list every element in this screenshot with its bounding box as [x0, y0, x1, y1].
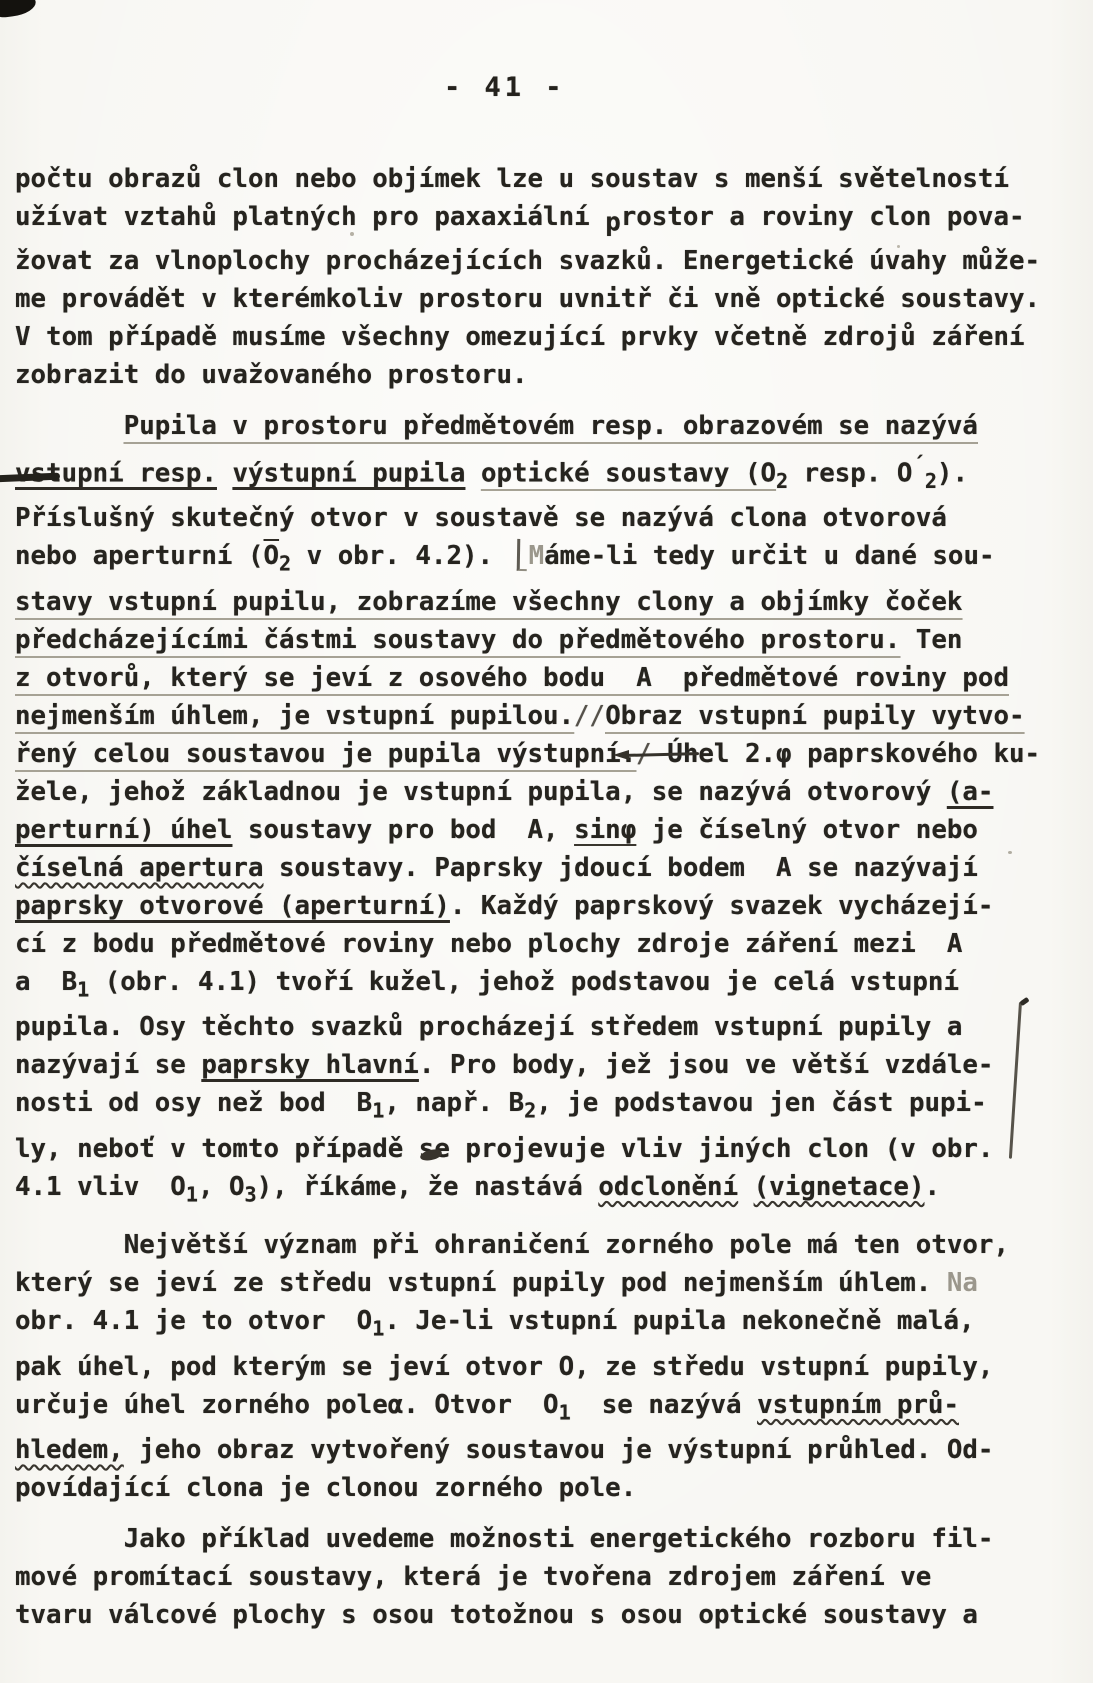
- text-line: povídající clona je clonou zorného pole.: [15, 1469, 1081, 1507]
- text-segment: áme-li tedy určit u dané sou-: [544, 541, 994, 571]
- text-segment: který se jeví ze středu vstupní pupily p…: [15, 1268, 947, 1298]
- text-segment: pak úhel, pod kterým se jeví otvor O, ze…: [15, 1352, 993, 1382]
- text-segment: tvaru válcové plochy s osou totožnou s o…: [15, 1600, 978, 1630]
- text-line: Největší význam při ohraničení zorného p…: [15, 1226, 1081, 1264]
- text-segment: . Je-li vstupní pupila nekonečně malá,: [384, 1306, 974, 1336]
- scanned-page: - 41 - počtu obrazů clon nebo objímek lz…: [0, 0, 1093, 1683]
- text-segment: Pupila v prostoru předmětovém resp. obra…: [124, 411, 978, 441]
- text-segment: , např. B: [384, 1088, 524, 1118]
- text-segment: soustavy pro bod A,: [232, 815, 574, 845]
- text-segment: počtu obrazů clon nebo objímek lze u sou…: [15, 164, 1009, 194]
- text-segment: výstupní pupila: [232, 458, 465, 488]
- text-segment: Příslušný skutečný otvor v soustavě se n…: [15, 503, 947, 533]
- text-segment: (a-: [947, 777, 994, 807]
- text-segment: 3: [245, 1182, 257, 1206]
- text-line: perturní) úhel soustavy pro bod A, sinφ …: [15, 811, 1081, 849]
- text-segment: , je podstavou jen část pupi-: [536, 1088, 986, 1118]
- text-line: cí z bodu předmětové roviny nebo plochy …: [15, 925, 1081, 963]
- text-line: z otvorů, který se jeví z osového bodu A…: [15, 659, 1081, 697]
- text-line: žovat za vlnoplochy procházejících svazk…: [15, 242, 1081, 280]
- text-line: nejmenším úhlem, je vstupní pupilou.//Ob…: [15, 697, 1081, 735]
- text-segment: me provádět v kterémkoliv prostoru uvnit…: [15, 284, 1040, 314]
- text-segment: a B: [15, 967, 77, 997]
- text-segment: (obr. 4.1) tvoří kužel, jehož podstavou …: [89, 967, 959, 997]
- text-line: který se jeví ze středu vstupní pupily p…: [15, 1264, 1081, 1302]
- text-segment: soustavy. Paprsky jdoucí bodem A se nazý…: [264, 853, 978, 883]
- paragraph-2: Pupila v prostoru předmětovém resp. obra…: [15, 407, 1081, 1214]
- text-line: Jako příklad uvedeme možnosti energetick…: [15, 1520, 1081, 1558]
- text-segment: 2: [524, 1099, 536, 1123]
- text-segment: [217, 458, 233, 488]
- text-segment: 4.1 vliv O: [15, 1172, 186, 1202]
- ink-smudge-corner: [0, 0, 37, 18]
- text-segment: .: [925, 1172, 941, 1202]
- scan-speck: [897, 245, 900, 248]
- text-segment: α: [388, 1390, 404, 1420]
- text-segment: paprsky otvorové (aperturní): [15, 891, 450, 921]
- text-segment: ´: [912, 452, 924, 476]
- text-line: hledem, jeho obraz vytvořený soustavou j…: [15, 1431, 1081, 1469]
- text-segment: vstupním prů-: [757, 1390, 959, 1420]
- text-segment: žovat za vlnoplochy procházejících svazk…: [15, 246, 1040, 276]
- paragraph-4: Jako příklad uvedeme možnosti energetick…: [15, 1520, 1081, 1634]
- text-segment: nosti od osy než bod B: [15, 1088, 372, 1118]
- text-segment: stavy vstupní pupilu, zobrazíme všechny …: [15, 587, 962, 617]
- text-segment: předcházejícími částmi soustavy do předm…: [15, 625, 900, 655]
- text-line: řený celou soustavou je pupila výstupní.…: [15, 735, 1081, 773]
- text-segment: 1: [372, 1317, 384, 1341]
- document-body: počtu obrazů clon nebo objímek lze u sou…: [15, 160, 1081, 1634]
- text-segment: paprsky hlavní: [201, 1050, 418, 1080]
- text-segment: hledem,: [15, 1435, 124, 1465]
- text-line: nosti od osy než bod B1, např. B2, je po…: [15, 1084, 1081, 1129]
- text-segment: resp. O: [788, 458, 912, 488]
- text-line: 4.1 vliv O1, O3), říkáme, že nastává odc…: [15, 1168, 1081, 1213]
- text-segment: nejmenším úhlem, je vstupní pupilou.: [15, 701, 574, 731]
- text-segment: z otvorů, který se jeví z osového bodu A…: [15, 663, 1009, 693]
- text-segment: jeho obraz vytvořený soustavou je výstup…: [124, 1435, 994, 1465]
- text-segment: se nazývá: [571, 1390, 757, 1420]
- pencil-bracket-mark: [516, 539, 527, 571]
- text-segment: M: [529, 541, 545, 571]
- text-segment: nazývají se: [15, 1050, 201, 1080]
- text-segment: //: [574, 701, 605, 731]
- text-line: zobrazit do uvažovaného prostoru.: [15, 356, 1081, 394]
- text-segment: určuje úhel zorného pole: [15, 1390, 388, 1420]
- text-line: žele, jehož základnou je vstupní pupila,…: [15, 773, 1081, 811]
- text-line: užívat vztahů platných pro paxaxiální pr…: [15, 198, 1081, 242]
- text-segment: cí z bodu předmětové roviny nebo plochy …: [15, 929, 962, 959]
- text-line: vstupní resp. výstupní pupila optické so…: [15, 445, 1081, 500]
- text-segment: povídající clona je clonou zorného pole.: [15, 1473, 636, 1503]
- text-line: číselná apertura soustavy. Paprsky jdouc…: [15, 849, 1081, 887]
- text-segment: p: [605, 208, 621, 238]
- text-line: obr. 4.1 je to otvor O1. Je-li vstupní p…: [15, 1302, 1081, 1347]
- text-segment: Úhel 2.φ paprskového ku-: [652, 739, 1040, 769]
- text-segment: optické soustavy (O: [481, 458, 776, 488]
- text-segment: 1: [186, 1182, 198, 1206]
- text-segment: 1: [559, 1400, 571, 1424]
- page-number: - 41 -: [444, 72, 566, 103]
- text-segment: Ten: [900, 625, 962, 655]
- text-line: V tom případě musíme všechny omezující p…: [15, 318, 1081, 356]
- text-segment: v obr. 4.2).: [291, 541, 508, 571]
- pencil-arrow-shaft: [625, 752, 699, 757]
- text-segment: ).: [937, 458, 968, 488]
- scan-speck: [1008, 851, 1012, 854]
- text-segment: [15, 1230, 124, 1260]
- text-segment: 2: [279, 552, 291, 576]
- text-segment: perturní) úhel: [15, 815, 232, 845]
- text-line: určuje úhel zorného poleα. Otvor O1 se n…: [15, 1386, 1081, 1431]
- text-segment: je číselný otvor nebo: [636, 815, 978, 845]
- text-segment: nebo aperturní (: [15, 541, 264, 571]
- text-segment: Obraz vstupní pupily vytvo-: [605, 701, 1024, 731]
- scan-speck: [350, 232, 354, 236]
- text-segment: řený celou soustavou je pupila výstupní.: [15, 739, 636, 769]
- text-segment: [15, 411, 124, 441]
- text-segment: V tom případě musíme všechny omezující p…: [15, 322, 1025, 352]
- text-segment: užívat vztahů platných pro paxaxiální: [15, 202, 605, 232]
- paragraph-3: Největší význam při ohraničení zorného p…: [15, 1226, 1081, 1507]
- paragraph-1: počtu obrazů clon nebo objímek lze u sou…: [15, 160, 1081, 394]
- text-segment: [465, 458, 481, 488]
- text-line: Příslušný skutečný otvor v soustavě se n…: [15, 499, 1081, 537]
- text-segment: rostor a roviny clon pova-: [621, 202, 1025, 232]
- text-segment: Jako příklad uvedeme možnosti energetick…: [124, 1524, 994, 1554]
- pencil-arrow-left: [613, 750, 701, 762]
- text-line: me provádět v kterémkoliv prostoru uvnit…: [15, 280, 1081, 318]
- text-segment: 2: [925, 468, 937, 492]
- text-line: nebo aperturní (O2 v obr. 4.2). Máme-li …: [15, 537, 1081, 582]
- text-line: mové promítací soustavy, která je tvořen…: [15, 1558, 1081, 1596]
- text-segment: [738, 1172, 754, 1202]
- text-line: a B1 (obr. 4.1) tvoří kužel, jehož podst…: [15, 963, 1081, 1008]
- text-line: nazývají se paprsky hlavní. Pro body, je…: [15, 1046, 1081, 1084]
- text-segment: Na: [947, 1268, 978, 1298]
- text-segment: pupila. Osy těchto svazků procházejí stř…: [15, 1012, 962, 1042]
- text-segment: mové promítací soustavy, která je tvořen…: [15, 1562, 931, 1592]
- text-line: předcházejícími částmi soustavy do předm…: [15, 621, 1081, 659]
- text-segment: číselná apertura: [15, 853, 264, 883]
- text-line: ly, neboť v tomto případě se projevuje v…: [15, 1130, 1081, 1168]
- text-line: tvaru válcové plochy s osou totožnou s o…: [15, 1596, 1081, 1634]
- text-segment: , O: [198, 1172, 245, 1202]
- text-segment: obr. 4.1 je to otvor O: [15, 1306, 372, 1336]
- text-segment: 2: [776, 468, 788, 492]
- text-segment: ly, neboť v tomto případě se projevuje v…: [15, 1134, 993, 1164]
- text-line: pupila. Osy těchto svazků procházejí stř…: [15, 1008, 1081, 1046]
- text-segment: . Otvor O: [403, 1390, 558, 1420]
- text-segment: O: [264, 541, 280, 571]
- text-segment: 1: [372, 1099, 384, 1123]
- text-line: pak úhel, pod kterým se jeví otvor O, ze…: [15, 1348, 1081, 1386]
- text-segment: ), říkáme, že nastává: [257, 1172, 599, 1202]
- text-line: paprsky otvorové (aperturní). Každý papr…: [15, 887, 1081, 925]
- text-segment: [15, 1524, 124, 1554]
- text-line: počtu obrazů clon nebo objímek lze u sou…: [15, 160, 1081, 198]
- text-segment: . Pro body, jež jsou ve větší vzdále-: [419, 1050, 994, 1080]
- text-segment: Největší význam při ohraničení zorného p…: [124, 1230, 1009, 1260]
- text-segment: žele, jehož základnou je vstupní pupila,…: [15, 777, 947, 807]
- text-segment: zobrazit do uvažovaného prostoru.: [15, 360, 528, 390]
- text-segment: sinφ: [574, 815, 636, 845]
- text-segment: odclonění: [598, 1172, 738, 1202]
- text-segment: . Každý paprskový svazek vycházejí-: [450, 891, 994, 921]
- text-line: stavy vstupní pupilu, zobrazíme všechny …: [15, 583, 1081, 621]
- text-line: Pupila v prostoru předmětovém resp. obra…: [15, 407, 1081, 445]
- text-segment: 1: [77, 977, 89, 1001]
- text-segment: (vignetace): [754, 1172, 925, 1202]
